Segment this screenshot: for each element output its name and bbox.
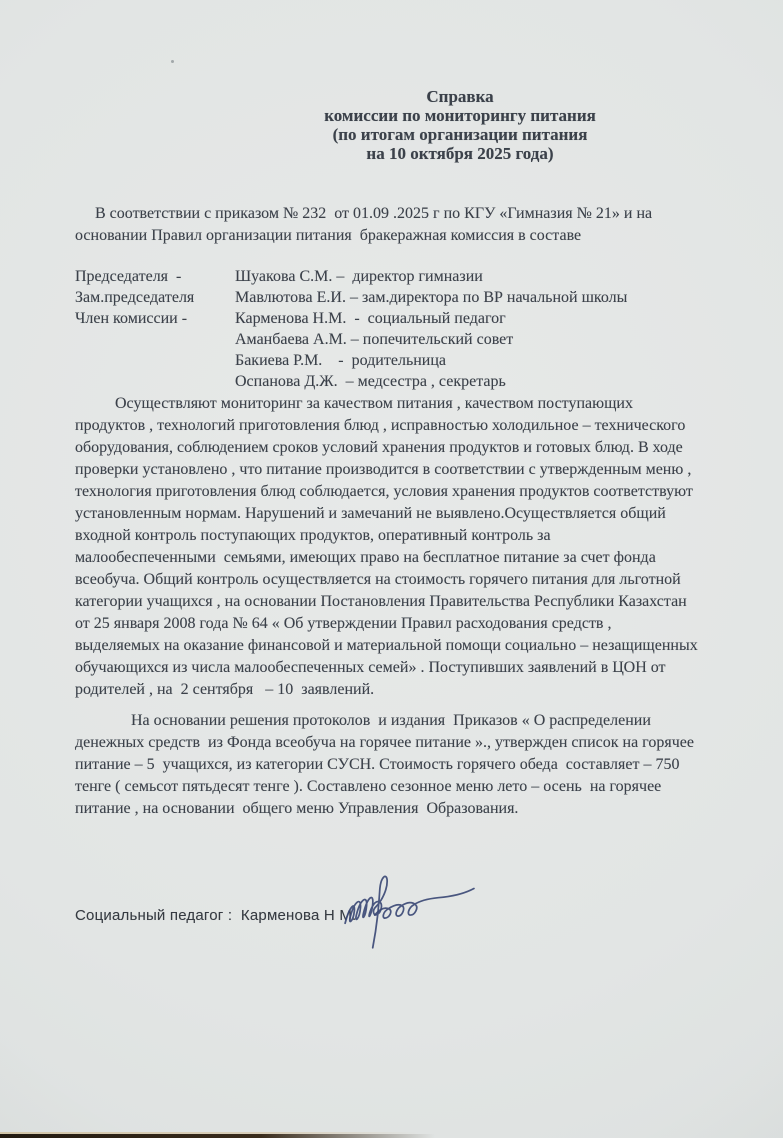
page-bottom-edge <box>0 1134 435 1138</box>
handwritten-signature <box>336 866 481 958</box>
committee-row: Оспанова Д.Ж. – медсестра , секретарь <box>75 371 775 392</box>
body-paragraph-monitoring: Осуществляют мониторинг за качеством пит… <box>75 393 775 701</box>
committee-row: Член комиссии - Карменова Н.М. - социаль… <box>75 308 775 329</box>
title-line-3: (по итогам организации питания <box>240 125 680 144</box>
committee-role <box>75 371 235 392</box>
document-title: Справка комиссии по мониторингу питания … <box>240 87 680 163</box>
committee-row: Зам.председателя Мавлютова Е.И. – зам.ди… <box>75 287 775 308</box>
intro-paragraph: В соответствии с приказом № 232 от 01.09… <box>75 203 775 247</box>
committee-row: Бакиева Р.М. - родительница <box>75 350 775 371</box>
committee-role <box>75 350 235 371</box>
committee-member: Аманбаева А.М. – попечительский совет <box>235 329 513 350</box>
committee-row: Аманбаева А.М. – попечительский совет <box>75 329 775 350</box>
paper-speck <box>171 60 174 63</box>
committee-member: Шуакова С.М. – директор гимназии <box>235 266 483 287</box>
committee-role: Председателя - <box>75 266 235 287</box>
committee-role: Зам.председателя <box>75 287 235 308</box>
committee-row: Председателя - Шуакова С.М. – директор г… <box>75 266 775 287</box>
signature-label: Социальный педагог : Карменова Н М. <box>75 907 356 924</box>
committee-role <box>75 329 235 350</box>
committee-member: Бакиева Р.М. - родительница <box>235 350 446 371</box>
title-line-1: Справка <box>240 87 680 106</box>
committee-member: Оспанова Д.Ж. – медсестра , секретарь <box>235 371 506 392</box>
body-paragraph-orders: На основании решения протоколов и издани… <box>75 710 775 820</box>
committee-member: Карменова Н.М. - социальный педагог <box>235 308 506 329</box>
title-line-2: комиссии по мониторингу питания <box>240 106 680 125</box>
title-line-4: на 10 октября 2025 года) <box>240 144 680 163</box>
document-page: Справка комиссии по мониторингу питания … <box>0 0 783 1138</box>
committee-list: Председателя - Шуакова С.М. – директор г… <box>75 266 775 392</box>
committee-role: Член комиссии - <box>75 308 235 329</box>
committee-member: Мавлютова Е.И. – зам.директора по ВР нач… <box>235 287 627 308</box>
